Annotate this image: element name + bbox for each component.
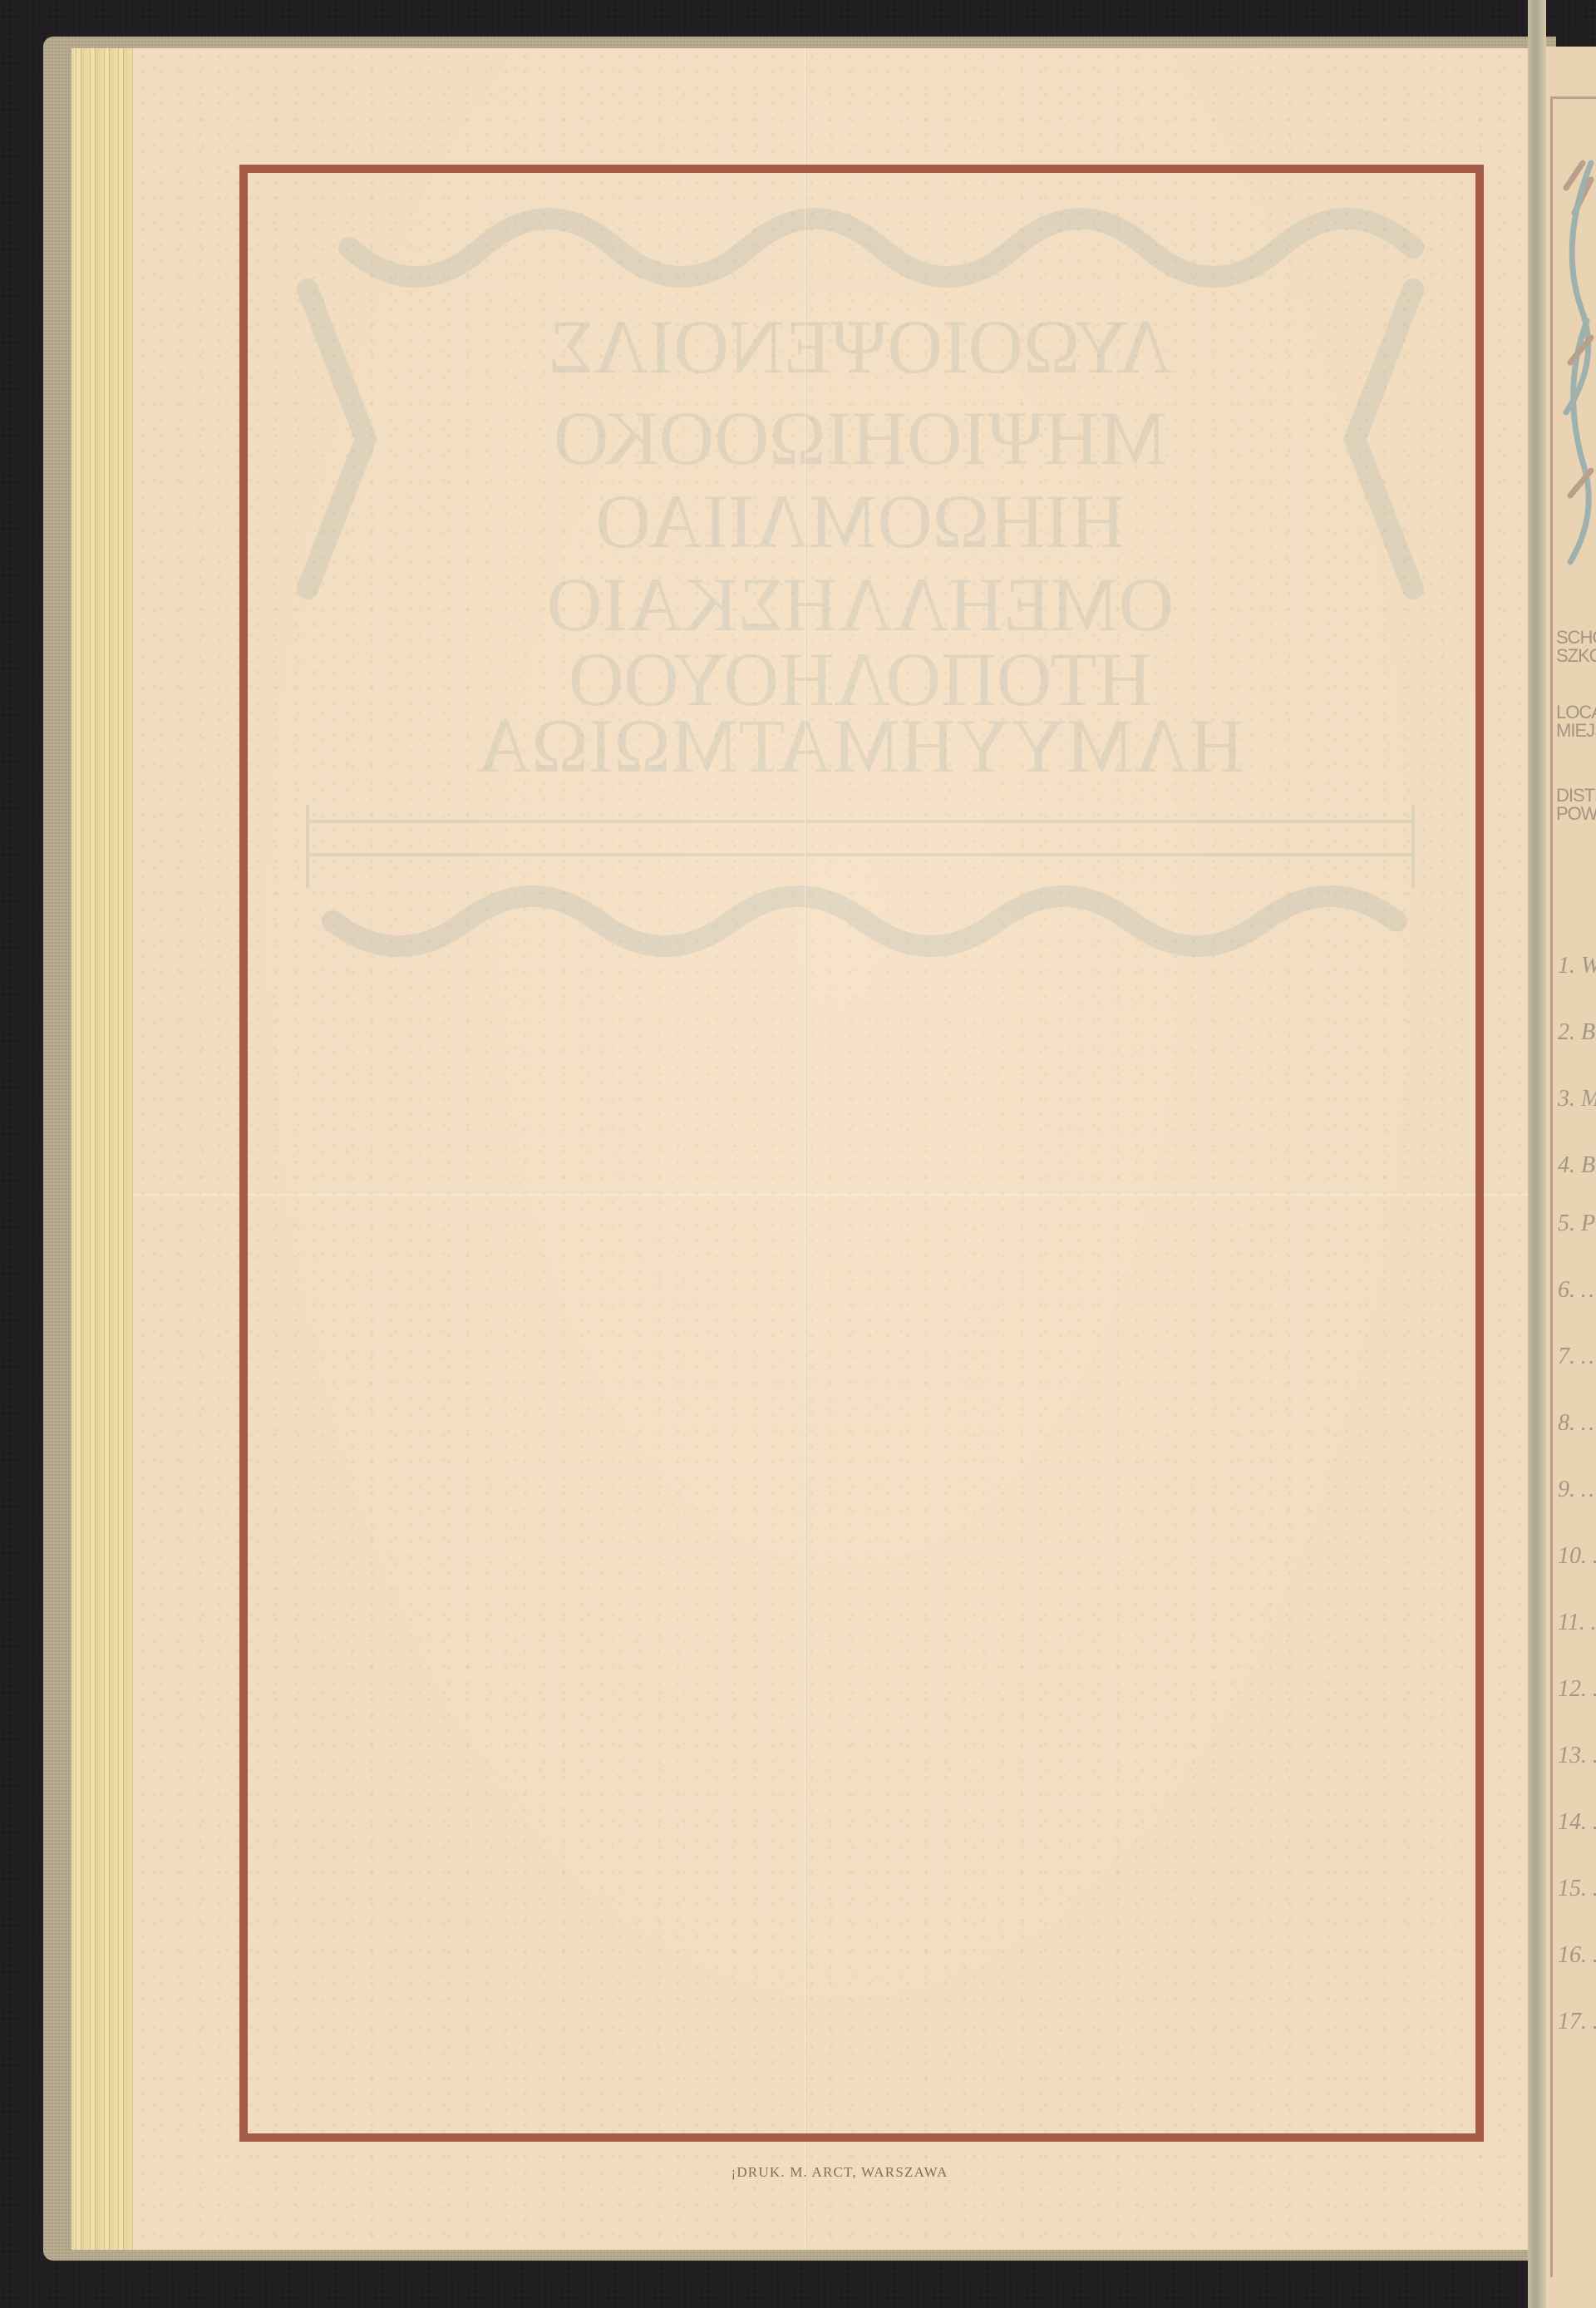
facing-page-handwritten-entry: 5. Pi… [1558, 1211, 1596, 1237]
facing-page-handwritten-entry: 9. … [1558, 1477, 1596, 1503]
facing-page-label-locality: LOCAL MIEJS [1556, 703, 1596, 740]
printer-imprint: ¡DRUK. M. ARCT, WARSZAWA [133, 2164, 1546, 2181]
facing-page-ornament-icon [1558, 113, 1596, 629]
facing-page-edge: SCHO SZKOŁ LOCAL MIEJS DISTR POWI 1. Wa…… [1546, 47, 1596, 2308]
facing-page-label-school: SCHO SZKOŁ [1556, 629, 1596, 665]
page-edges-stack [71, 48, 135, 2250]
facing-page-handwritten-entry: 8. … [1558, 1410, 1596, 1437]
facing-page-handwritten-entry: 17. … [1558, 2009, 1596, 2035]
facing-page-handwritten-entry: 15. … [1558, 1876, 1596, 1902]
facing-page-handwritten-entry: 12. … [1558, 1676, 1596, 1703]
book-gutter [1528, 0, 1546, 2308]
facing-page-label-district: DISTR POWI [1556, 787, 1596, 823]
facing-page-handwritten-entry: 1. Wa… [1558, 953, 1596, 979]
facing-page-handwritten-entry: 7. … [1558, 1344, 1596, 1370]
facing-page-handwritten-entry: 11. … [1558, 1610, 1596, 1636]
facing-page-handwritten-entry: 13. … [1558, 1743, 1596, 1769]
facing-page-handwritten-entry: 4. Bo… [1558, 1152, 1596, 1179]
book-page: ΛΥΩΟΙΟΨΕΝΟΙΛΣ ΜΗΨΙΟΗΙΩΟΟΚΟ ΗΙΗΩΟΜΛΙΙΑΟ Ο… [133, 48, 1546, 2250]
facing-page-handwritten-entry: 2. Br… [1558, 1019, 1596, 1046]
facing-page-handwritten-entry: 10. … [1558, 1543, 1596, 1570]
facing-page-handwritten-entry: 14. … [1558, 1809, 1596, 1836]
facing-page-handwritten-entry: 6. … [1558, 1277, 1596, 1304]
facing-page-handwritten-entry: 16. … [1558, 1942, 1596, 1969]
facing-page-handwritten-entry: 3. Mi… [1558, 1086, 1596, 1112]
printed-red-border-frame [239, 165, 1484, 2142]
